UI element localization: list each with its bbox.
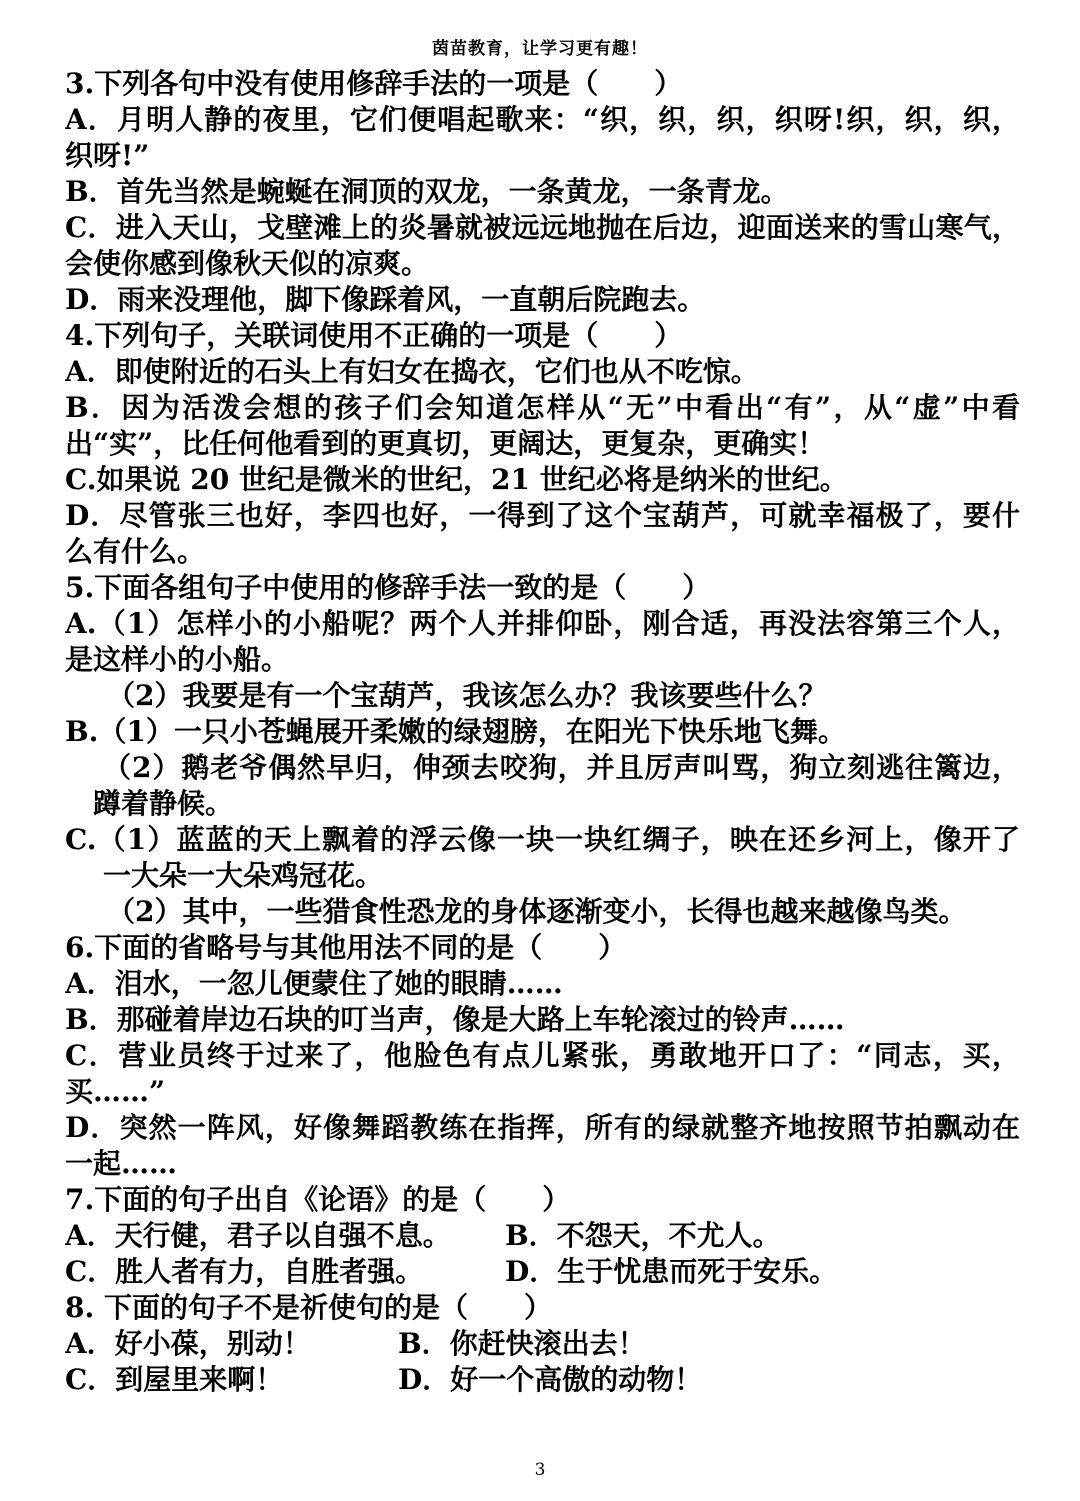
q4-option-b-line1: B．因为活泼会想的孩子们会知道怎样从“无”中看出“有”，从“虚”中看 xyxy=(65,390,1020,426)
q7-option-d: D．生于忧患而死于安乐。 xyxy=(505,1254,837,1290)
q8-option-b: B．你赶快滚出去！ xyxy=(398,1326,646,1362)
question-list: 3.下列各句中没有使用修辞手法的一项是（ ） A．月明人静的夜里，它们便唱起歌来… xyxy=(65,66,1020,1398)
q8-options-row2: C．到屋里来啊！ D．好一个高傲的动物！ xyxy=(65,1362,1020,1398)
q8-options-row1: A．好小葆，别动！ B．你赶快滚出去！ xyxy=(65,1326,1020,1362)
q5-title: 5.下面各组句子中使用的修辞手法一致的是（ ） xyxy=(65,570,1020,606)
q3-option-a-line2: 织呀!” xyxy=(65,138,1020,174)
q3-option-d: D．雨来没理他，脚下像踩着风，一直朝后院跑去。 xyxy=(65,282,1020,318)
q6-title: 6.下面的省略号与其他用法不同的是（ ） xyxy=(65,930,1020,966)
q3-option-c-line2: 会使你感到像秋天似的凉爽。 xyxy=(65,246,1020,282)
q4-option-b-line2: 出“实”，比任何他看到的更真切，更阔达，更复杂，更确实！ xyxy=(65,426,1020,462)
q4-option-d-line2: 么有什么。 xyxy=(65,534,1020,570)
header-slogan: 茵苗教育，让学习更有趣！ xyxy=(0,34,1080,59)
q3-option-b: B．首先当然是蜿蜒在洞顶的双龙，一条黄龙，一条青龙。 xyxy=(65,174,1020,210)
q5-option-b-s2-line2: 蹲着静候。 xyxy=(65,786,1020,822)
q6-option-a: A．泪水，一忽儿便蒙住了她的眼睛…… xyxy=(65,966,1020,1002)
q4-title: 4.下列句子，关联词使用不正确的一项是（ ） xyxy=(65,318,1020,354)
q3-option-a-line1: A．月明人静的夜里，它们便唱起歌来：“织，织，织，织呀!织，织，织， xyxy=(65,102,1020,138)
q7-option-b: B．不怨天，不尤人。 xyxy=(505,1218,781,1254)
q5-option-a-s1-line2: 是这样小的小船。 xyxy=(65,642,1020,678)
q5-option-c-s2: （2）其中，一些猎食性恐龙的身体逐渐变小，长得也越来越像鸟类。 xyxy=(65,894,1020,930)
q5-option-c-s1-line2: 一大朵一大朵鸡冠花。 xyxy=(65,858,1020,894)
page-number: 3 xyxy=(0,1460,1080,1480)
q6-option-d-line2: 一起…… xyxy=(65,1146,1020,1182)
q7-option-a: A．天行健，君子以自强不息。 xyxy=(65,1219,451,1252)
q6-option-c-line1: C．营业员终于过来了，他脸色有点儿紧张，勇敢地开口了：“同志，买，买， xyxy=(65,1038,1020,1074)
q8-option-a: A．好小葆，别动！ xyxy=(65,1327,311,1360)
q6-option-d-line1: D．突然一阵风，好像舞蹈教练在指挥，所有的绿就整齐地按照节拍飘动在 xyxy=(65,1110,1020,1146)
q8-title: 8. 下面的句子不是祈使句的是（ ） xyxy=(65,1290,1020,1326)
q5-option-a-s2: （2）我要是有一个宝葫芦，我该怎么办？我该要些什么？ xyxy=(65,678,1020,714)
q6-option-c-line2: 买……” xyxy=(65,1074,1020,1110)
q5-option-b-s2-line1: （2）鹅老爷偶然早归，伸颈去咬狗，并且厉声叫骂，狗立刻逃往篱边， xyxy=(65,750,1020,786)
q5-option-a-s1-line1: A.（1）怎样小的小船呢？两个人并排仰卧，刚合适，再没法容第三个人， xyxy=(65,606,1020,642)
q7-title: 7.下面的句子出自《论语》的是（ ） xyxy=(65,1182,1020,1218)
q8-option-c: C．到屋里来啊！ xyxy=(65,1363,283,1396)
q3-option-c-line1: C．进入天山，戈壁滩上的炎暑就被远远地抛在后边，迎面送来的雪山寒气， xyxy=(65,210,1020,246)
q4-option-c: C.如果说 20 世纪是微米的世纪，21 世纪必将是纳米的世纪。 xyxy=(65,462,1020,498)
q4-option-a: A．即使附近的石头上有妇女在捣衣，它们也从不吃惊。 xyxy=(65,354,1020,390)
q7-options-row2: C．胜人者有力，自胜者强。 D．生于忧患而死于安乐。 xyxy=(65,1254,1020,1290)
q8-option-d: D．好一个高傲的动物！ xyxy=(398,1362,702,1398)
worksheet-page: 茵苗教育，让学习更有趣！ 3.下列各句中没有使用修辞手法的一项是（ ） A．月明… xyxy=(0,0,1080,1501)
q5-option-b-s1: B.（1）一只小苍蝇展开柔嫩的绿翅膀，在阳光下快乐地飞舞。 xyxy=(65,714,1020,750)
q6-option-b: B．那碰着岸边石块的叮当声，像是大路上车轮滚过的铃声…… xyxy=(65,1002,1020,1038)
q7-option-c: C．胜人者有力，自胜者强。 xyxy=(65,1255,423,1288)
q5-option-c-s1-line1: C.（1）蓝蓝的天上飘着的浮云像一块一块红绸子，映在还乡河上，像开了 xyxy=(65,822,1020,858)
q7-options-row1: A．天行健，君子以自强不息。 B．不怨天，不尤人。 xyxy=(65,1218,1020,1254)
q3-title: 3.下列各句中没有使用修辞手法的一项是（ ） xyxy=(65,66,1020,102)
q4-option-d-line1: D．尽管张三也好，李四也好，一得到了这个宝葫芦，可就幸福极了，要什 xyxy=(65,498,1020,534)
